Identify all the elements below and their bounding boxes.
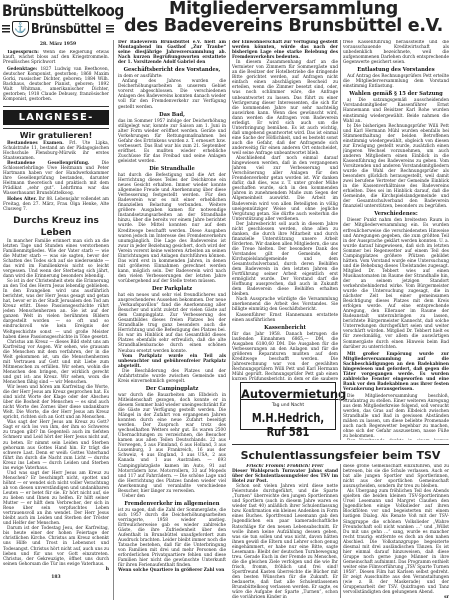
decorative-bars xyxy=(106,25,114,34)
section-paragraph: diese große Gemeinschaft einzuführen, un… xyxy=(343,464,449,489)
tsv-column-a: Frisch! Fromm! Fröhlich! Frei! Dieser Wa… xyxy=(232,464,338,598)
decorative-bars xyxy=(2,25,10,34)
bold-note: Wenn solche Quartiere in größerer Zahl v… xyxy=(118,568,226,573)
bade-intro: Der Badeverein Brunsbüttel e.V. hielt am… xyxy=(118,40,226,65)
section-paragraph: Der Vorsitzende dankte in einem kurzen S… xyxy=(343,439,449,440)
section-heading: Kassenbericht xyxy=(232,325,338,331)
section-paragraph: Anfang des Jahres wurden die Deicherhöhu… xyxy=(118,79,226,109)
tsv-heading: Schulentlassungsfeier beim TSV xyxy=(230,449,451,462)
ad-title: Autovermietung xyxy=(241,388,335,401)
section-heading: Fremdenverkehr im allgemeinen xyxy=(118,501,226,507)
divider xyxy=(3,128,109,129)
section-paragraph: Als Übergang zum fröhlichen Teil des Abe… xyxy=(343,489,449,595)
section-paragraph: Dieser Punkt nahm den breitesten Raum in… xyxy=(343,218,449,349)
section-paragraph: Kassenführer Ernst Hannemann erstattete … xyxy=(232,313,338,323)
ad-contact: M.H.Hedrich, Ruf 581 xyxy=(249,411,326,439)
section-paragraph: Ueber den xyxy=(118,494,226,499)
section-paragraph: hat durch die Befestigung und die Art de… xyxy=(118,173,226,284)
article-paragraph: Und was sagt der Herr Jesus am Kreuz zu … xyxy=(3,471,109,527)
section-paragraph: Schon seit vielen Jahren wird diese nett… xyxy=(232,484,338,598)
section-heading: Wahlen gemäß § 15 der Satzung xyxy=(343,91,449,97)
section-paragraph: Nach Aussprache würdigte die Versammlung… xyxy=(232,297,338,312)
section-paragraph: ist zu sagen, daß die Zahl der Sommergäs… xyxy=(118,508,226,569)
issue-date: 28. März 1959 xyxy=(2,42,114,47)
left-column-body: Wir gratulieren! Bestandenes Examen. Frl… xyxy=(3,131,109,591)
gedenktage-text: 1827 Ludwig van Beethoven, deutscher Kom… xyxy=(3,67,109,102)
section-heading: Der Parkplatz xyxy=(118,286,226,292)
section-paragraph: In diesem Zusammenhang darf an die Vermi… xyxy=(232,60,338,156)
section-paragraph: Auf Antrag des Rechnungsprüfers Pett ert… xyxy=(343,74,449,89)
article-paragraph: Wir lesen und hören am Karfreitag die Wo… xyxy=(3,385,109,420)
section-heading: Geschäftsbericht des Vorstandes, xyxy=(118,67,226,73)
section-paragraph: Die Beschilderung des Platzes und der An… xyxy=(118,369,226,384)
article-paragraph: In mancher Familie erinnert man sich an … xyxy=(3,239,109,279)
article-paragraph: Christus am Kreuz — dieses Bild steht un… xyxy=(3,340,109,385)
section-heading: Der Campingplatz xyxy=(118,386,226,392)
bade-column-2: Der Badeverein Brunsbüttel e.V. hielt am… xyxy=(118,40,226,598)
section-paragraph: hat ein neues und sehr viel freundlicher… xyxy=(118,293,226,354)
section-paragraph: Die Mitgliederversammlung beschloß, Stra… xyxy=(343,394,449,439)
masthead-title-line2: Brünsbüttel xyxy=(31,22,101,37)
section-paragraph: freie Kassenführung herausstellte und di… xyxy=(343,40,449,65)
gratulation-heading: Wir gratulieren! xyxy=(3,131,109,141)
section-heading: Die Strandhalle xyxy=(118,166,226,172)
main-headline: Mitgliederversammlung des Badevereins Br… xyxy=(116,1,451,35)
column-divider xyxy=(113,40,114,600)
page-number: 183 xyxy=(3,575,109,580)
section-paragraph: das im Sommer 1957 infolge der Deicherhö… xyxy=(118,119,226,164)
bade-column-3: der Einwohnerschaft zur Verfügung gestel… xyxy=(232,40,338,380)
tsv-column-b: diese große Gemeinschaft einzuführen, un… xyxy=(343,464,449,598)
section-paragraph: b) Die bisherigen Rechnungsprüfer Willi … xyxy=(343,124,449,210)
column-divider xyxy=(340,464,341,598)
section-heading: Entlastung des Vorstandes xyxy=(343,67,449,73)
article-signature: h xyxy=(3,567,109,572)
section-paragraph: Der Jahresbericht soll auch in diesem Ja… xyxy=(232,222,338,298)
bold-paragraph: Mit großer Empörung wurde zur Mitglieder… xyxy=(343,352,449,392)
article-paragraph: Was sagt der Herr Jesus am Kreuz zu Gott… xyxy=(3,420,109,470)
langnese-honey-ad: LANGNESE-HONIG xyxy=(3,110,109,125)
article-paragraph: Darum ist der Todestag Jesu, der Karfrei… xyxy=(3,526,109,566)
section-heading: Verschiedenes: xyxy=(343,211,449,217)
bade-column-4: freie Kassenführung herausstellte und di… xyxy=(343,40,449,440)
bold-intro: der Einwohnerschaft zur Verfügung gestel… xyxy=(232,40,338,60)
masthead-title-line1: Brünsbüttelkoog xyxy=(2,2,98,19)
divider xyxy=(3,106,109,107)
gratulation-text: Die Schlosserlehrlinge Uwe Heitmann und … xyxy=(3,161,109,196)
article-paragraph: So ist in der Christenheit stets die Eri… xyxy=(3,279,109,340)
column-divider xyxy=(340,40,341,440)
section-paragraph: Abschließend darf noch einmal darauf hin… xyxy=(232,156,338,222)
divider xyxy=(232,444,449,445)
left-column-top: Tagesspruch: Wenn die Regierung etwas ka… xyxy=(3,50,109,110)
bold-intro: Dieser Wahlspruch Turnvater Jahns stand … xyxy=(232,469,338,484)
masthead: Brünsbüttelkoog ⚓ Brünsbüttel 28. März 1… xyxy=(2,2,114,49)
article-heading-kreuz: Durchs Kreuz ins Leben xyxy=(3,215,109,239)
town-crest-icon: ⚓ xyxy=(12,21,29,37)
section-paragraph: war durch die Bauarbeiten am Elbdeich in… xyxy=(118,393,226,494)
bold-note: Vom Parkplatz wurde ein Teil als unbewac… xyxy=(118,354,226,369)
section-paragraph: für das Jahr 1958. Danach betrugen die l… xyxy=(232,332,338,380)
ad-subtitle: Tag und Nacht xyxy=(241,403,335,408)
column-divider xyxy=(229,40,230,440)
headline-line2: des Badevereins Brunsbüttel e.V. xyxy=(116,18,451,35)
car-rental-ad: Autovermietung Tag und Nacht M.H.Hedrich… xyxy=(240,382,336,430)
section-paragraph: a) Die satzungsgemäß ausscheidenden Vors… xyxy=(343,98,449,123)
article-signature: sr xyxy=(343,595,449,598)
section-heading: Das Bad, xyxy=(118,112,226,118)
